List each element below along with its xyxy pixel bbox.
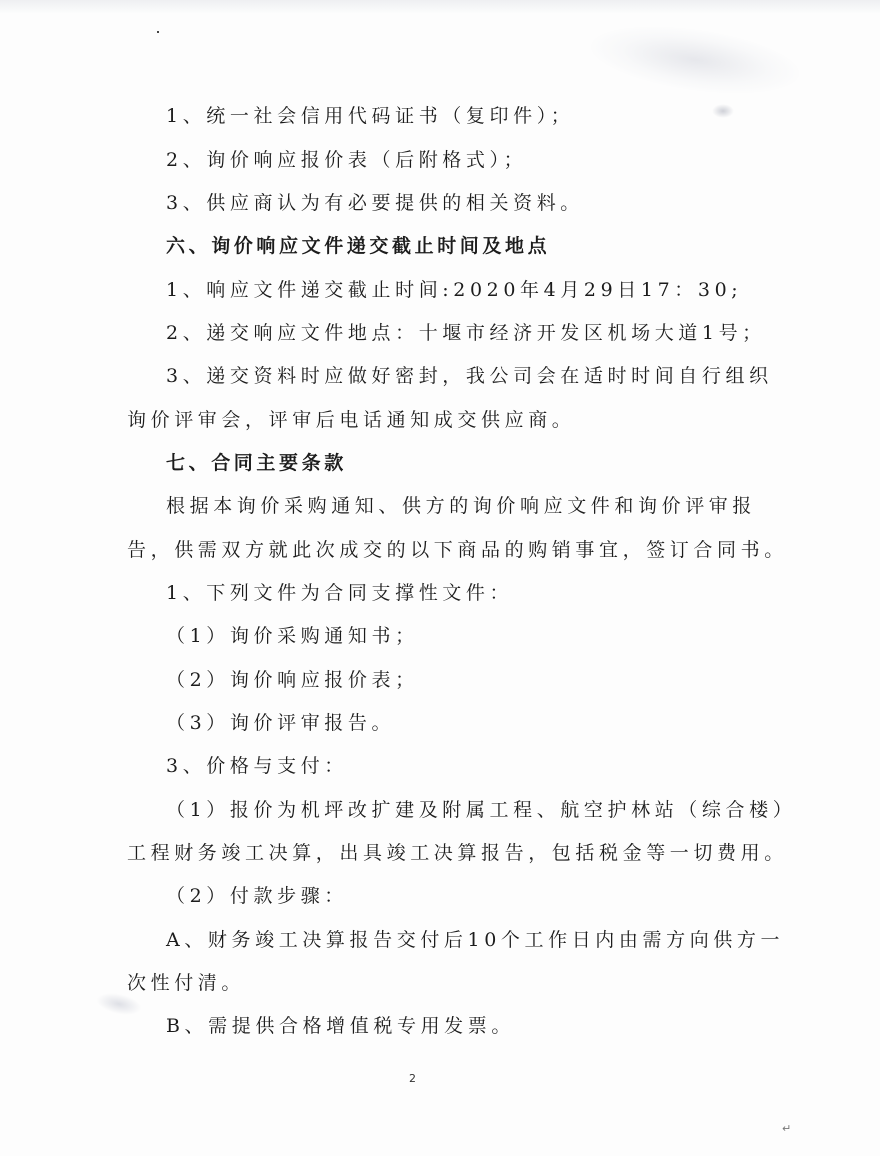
paragraph-line: A、财务竣工决算报告交付后10个工作日内由需方向供方一	[166, 928, 784, 952]
scan-edge-artifact	[0, 0, 880, 14]
scan-dot	[157, 31, 159, 33]
paragraph-line: （2）询价响应报价表；	[166, 668, 419, 692]
paragraph-line: B、需提供合格增值税专用发票。	[166, 1014, 515, 1038]
section-heading: 六、询价响应文件递交截止时间及地点	[166, 234, 550, 258]
paragraph-line: （2）付款步骤：	[166, 884, 348, 908]
paragraph-line: 工程财务竣工决算，出具竣工决算报告，包括税金等一切费用。	[127, 841, 788, 865]
paragraph-line: 2、递交响应文件地点：十堰市经济开发区机场大道1号；	[166, 321, 766, 345]
paragraph-line: 1、响应文件递交截止时间:2020年4月29日17：30;	[166, 278, 742, 302]
page-number: 2	[409, 1072, 416, 1085]
paragraph-line: 根据本询价采购通知、供方的询价响应文件和询价评审报	[166, 494, 756, 518]
paragraph-line: 3、递交资料时应做好密封，我公司会在适时时间自行组织	[166, 364, 773, 388]
paragraph-line: （3）询价评审报告。	[166, 711, 395, 735]
paragraph-line: 3、供应商认为有必要提供的相关资料。	[166, 191, 584, 215]
paragraph-line: 3、价格与支付：	[166, 754, 348, 778]
scan-smudge	[587, 16, 803, 105]
paragraph-line: （1）报价为机坪改扩建及附属工程、航空护林站（综合楼）	[166, 798, 796, 822]
paragraph-line: 1、统一社会信用代码证书（复印件）；	[166, 104, 574, 128]
scan-smudge	[712, 104, 734, 118]
paragraph-line: 询价评审会，评审后电话通知成交供应商。	[127, 408, 575, 432]
paragraph-line: 次性付清。	[127, 971, 245, 995]
paragraph-line: 2、询价响应报价表（后附格式）；	[166, 148, 527, 172]
paragraph-line: （1）询价采购通知书；	[166, 624, 419, 648]
paragraph-line: 1、下列文件为合同支撑性文件：	[166, 581, 513, 605]
section-heading: 七、合同主要条款	[166, 451, 347, 475]
paragraph-return-icon: ↵	[782, 1122, 791, 1135]
paragraph-line: 告，供需双方就此次成交的以下商品的购销事宜，签订合同书。	[127, 538, 788, 562]
scanned-document-page: 1、统一社会信用代码证书（复印件）；2、询价响应报价表（后附格式）；3、供应商认…	[0, 0, 880, 1156]
